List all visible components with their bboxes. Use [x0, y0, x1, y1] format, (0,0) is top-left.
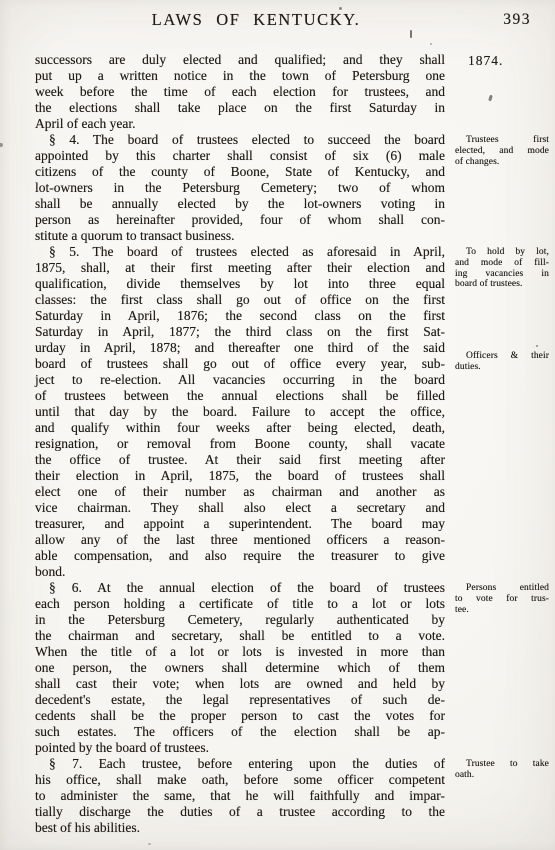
- paragraph-section-5: § 5. The board of trustees elected as af…: [35, 244, 445, 580]
- margin-note-line: to vote for trus-: [455, 594, 549, 605]
- body-text-column: successors are duly elected and qualifie…: [35, 52, 445, 836]
- text-line: urday in April, 1878; and thereafter one…: [35, 340, 445, 356]
- scan-speck: [148, 843, 151, 845]
- text-line: § 6. At the annual election of the board…: [35, 580, 445, 596]
- text-line: to administer the same, that he will fai…: [35, 788, 445, 804]
- text-line: and qualify within four weeks after bein…: [35, 420, 445, 436]
- scan-ink-tick: [410, 30, 412, 38]
- text-line: Saturday in April, 1876; the second clas…: [35, 308, 445, 324]
- text-line: able compensation, and also require the …: [35, 548, 445, 564]
- scan-edge-mark: [0, 143, 3, 147]
- margin-note-line: 1874.: [468, 53, 555, 68]
- margin-note-line: and mode of fill-: [455, 258, 549, 269]
- paragraph-section-6: § 6. At the annual election of the board…: [35, 580, 445, 756]
- text-line: successors are duly elected and qualifie…: [35, 52, 445, 68]
- text-line: qualification, divide themselves by lot …: [35, 276, 445, 292]
- text-line: until that day by the board. Failure to …: [35, 404, 445, 420]
- margin-note-section-4: Trustees firstelected, and modeof change…: [455, 135, 549, 167]
- margin-note-line: Officers & their: [455, 351, 549, 362]
- scanned-book-page: LAWS OF KENTUCKY. 393 successors are dul…: [0, 0, 555, 850]
- margin-note-line: Persons entitled: [455, 583, 549, 594]
- text-line: the elections shall take place on the fi…: [35, 100, 445, 116]
- margin-note-section-5: Officers & theirduties.: [455, 351, 549, 373]
- margin-note-line: oath.: [455, 770, 549, 781]
- text-line: shall be annually elected by the lot-own…: [35, 196, 445, 212]
- text-line: the chairman and secretary, shall be ent…: [35, 628, 445, 644]
- scan-speck: [536, 345, 538, 347]
- text-line: § 7. Each trustee, before entering upon …: [35, 756, 445, 772]
- text-line: classes: the first class shall go out of…: [35, 292, 445, 308]
- paragraph-continuation: successors are duly elected and qualifie…: [35, 52, 445, 132]
- paragraph-section-7: § 7. Each trustee, before entering upon …: [35, 756, 445, 836]
- text-line: put up a written notice in the town of P…: [35, 68, 445, 84]
- text-line: appointed by this charter shall consist …: [35, 148, 445, 164]
- margin-note-line: elected, and mode: [455, 146, 549, 157]
- margin-note-line: To hold by lot,: [455, 247, 549, 258]
- text-line: vice chairman. They shall also elect a s…: [35, 500, 445, 516]
- margin-note-line: ing vacancies in: [455, 269, 549, 280]
- text-line: of trustees between the annual elections…: [35, 388, 445, 404]
- margin-note-section-5: To hold by lot,and mode of fill-ing vaca…: [455, 247, 549, 290]
- scan-speck: [430, 43, 432, 45]
- margin-notes-column: 1874.Trustees firstelected, and modeof c…: [455, 52, 549, 832]
- margin-note-section-7: Trustee to takeoath.: [455, 759, 549, 781]
- text-line: pointed by the board of trustees.: [35, 740, 445, 756]
- text-line: resignation, or removal from Boone count…: [35, 436, 445, 452]
- margin-note-line: duties.: [455, 362, 549, 373]
- text-line: his office, shall make oath, before some…: [35, 772, 445, 788]
- text-line: best of his abilities.: [35, 820, 445, 836]
- text-line: citizens of the county of Boone, State o…: [35, 164, 445, 180]
- text-line: ject to re-election. All vacancies occur…: [35, 372, 445, 388]
- text-line: in the Petersburg Cemetery, regularly au…: [35, 612, 445, 628]
- margin-note-line: of changes.: [455, 157, 549, 168]
- text-line: the office of trustee. At their said fir…: [35, 452, 445, 468]
- text-line: one person, the owners shall determine w…: [35, 660, 445, 676]
- text-line: each person holding a certificate of tit…: [35, 596, 445, 612]
- text-line: lot-owners in the Petersburg Cemetery; t…: [35, 180, 445, 196]
- margin-note-line: Trustees first: [455, 135, 549, 146]
- text-line: § 4. The board of trustees elected to su…: [35, 132, 445, 148]
- page-number: 393: [503, 11, 531, 29]
- margin-note-line: tee.: [455, 605, 549, 616]
- margin-note-line: board of trustees.: [455, 279, 549, 290]
- text-line: 1875, shall, at their first meeting afte…: [35, 260, 445, 276]
- text-line: April of each year.: [35, 116, 445, 132]
- text-line: week before the time of each election fo…: [35, 84, 445, 100]
- paragraph-section-4: § 4. The board of trustees elected to su…: [35, 132, 445, 244]
- text-line: such estates. The officers of the electi…: [35, 724, 445, 740]
- text-line: When the title of a lot or lots is inves…: [35, 644, 445, 660]
- text-line: § 5. The board of trustees elected as af…: [35, 244, 445, 260]
- text-line: cedents shall be the proper person to ca…: [35, 708, 445, 724]
- running-header-title: LAWS OF KENTUCKY.: [0, 10, 512, 30]
- text-line: decedent's estate, the legal representat…: [35, 692, 445, 708]
- scan-speck: [339, 7, 342, 10]
- text-line: their election in April, 1875, the board…: [35, 468, 445, 484]
- text-line: person as hereinafter provided, four of …: [35, 212, 445, 228]
- text-line: bond.: [35, 564, 445, 580]
- text-line: shall cast their vote; when lots are own…: [35, 676, 445, 692]
- text-line: stitute a quorum to transact business.: [35, 228, 445, 244]
- text-line: treasurer, and appoint a superintendent.…: [35, 516, 445, 532]
- margin-note-section-6: Persons entitledto vote for trus-tee.: [455, 583, 549, 615]
- text-line: Saturday in April, 1877; the third class…: [35, 324, 445, 340]
- margin-year: 1874.: [455, 53, 555, 68]
- text-line: board of trustees shall go out of office…: [35, 356, 445, 372]
- text-line: tially discharge the duties of a trustee…: [35, 804, 445, 820]
- text-line: elect one of their number as chairman an…: [35, 484, 445, 500]
- text-line: allow any of the last three mentioned of…: [35, 532, 445, 548]
- margin-note-line: Trustee to take: [455, 759, 549, 770]
